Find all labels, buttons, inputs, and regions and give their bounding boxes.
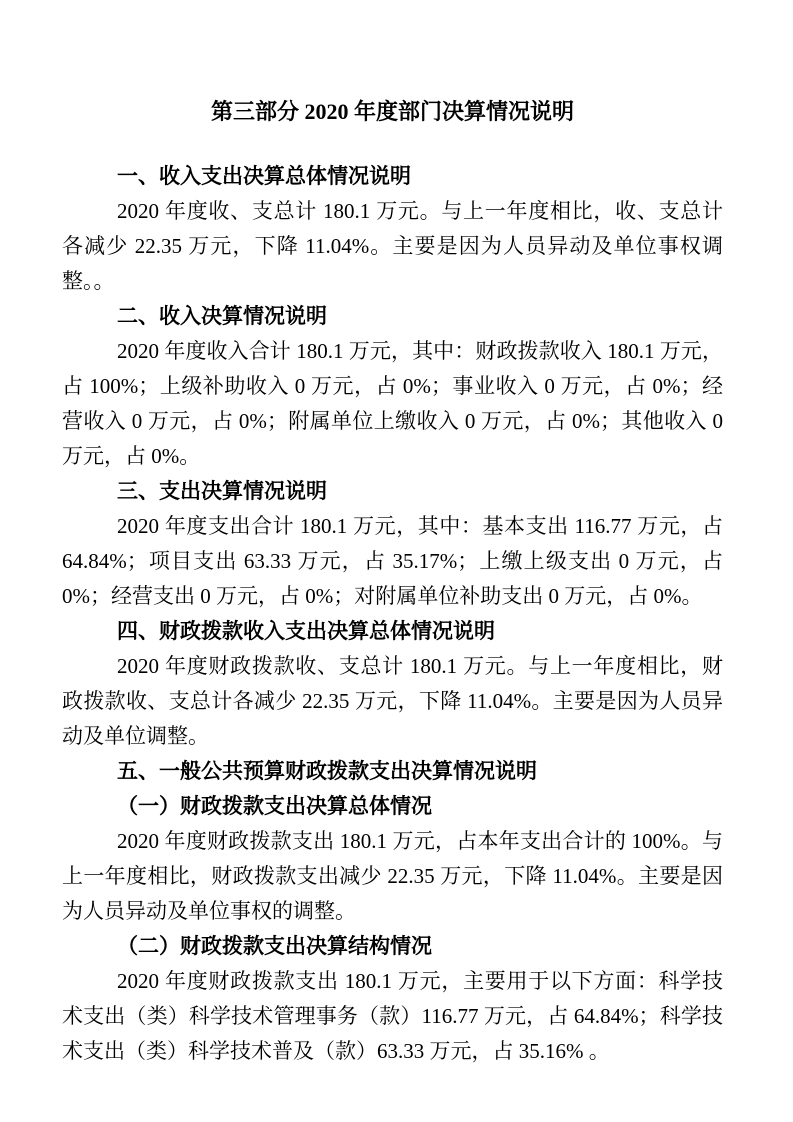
section-1-heading: 一、收入支出决算总体情况说明 (62, 159, 723, 194)
section-5-subsection-1-heading: （一）财政拨款支出决算总体情况 (62, 789, 723, 824)
section-3-paragraph: 2020 年度支出合计 180.1 万元，其中：基本支出 116.77 万元，占… (62, 509, 723, 614)
document-page: 第三部分 2020 年度部门决算情况说明 一、收入支出决算总体情况说明 2020… (0, 0, 793, 1122)
section-2-paragraph: 2020 年度收入合计 180.1 万元，其中：财政拨款收入 180.1 万元，… (62, 334, 723, 474)
section-2-heading: 二、收入决算情况说明 (62, 299, 723, 334)
section-3-heading: 三、支出决算情况说明 (62, 474, 723, 509)
section-5-subsection-2-heading: （二）财政拨款支出决算结构情况 (62, 929, 723, 964)
section-5-subsection-2-paragraph: 2020 年度财政拨款支出 180.1 万元，主要用于以下方面：科学技术支出（类… (62, 964, 723, 1069)
section-1-paragraph: 2020 年度收、支总计 180.1 万元。与上一年度相比，收、支总计各减少 2… (62, 194, 723, 299)
section-5-subsection-1-paragraph: 2020 年度财政拨款支出 180.1 万元，占本年支出合计的 100%。与上一… (62, 824, 723, 929)
document-title: 第三部分 2020 年度部门决算情况说明 (62, 90, 723, 134)
section-4-paragraph: 2020 年度财政拨款收、支总计 180.1 万元。与上一年度相比，财政拨款收、… (62, 649, 723, 754)
section-5-heading: 五、一般公共预算财政拨款支出决算情况说明 (62, 754, 723, 789)
section-4-heading: 四、财政拨款收入支出决算总体情况说明 (62, 614, 723, 649)
